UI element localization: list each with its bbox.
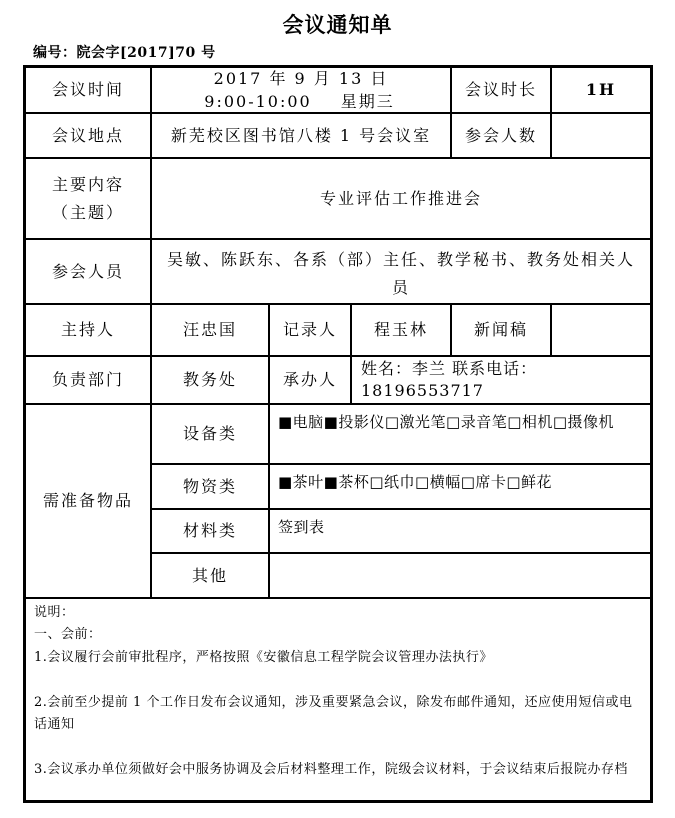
notes-spacer-1	[34, 669, 642, 691]
location-label: 会议地点	[25, 113, 151, 158]
topic-label-line2: （主题）	[52, 199, 124, 227]
press-draft-label: 新闻稿	[451, 304, 551, 356]
supplies-documents-content: 签到表	[269, 509, 651, 553]
organizer-info: 姓名：李兰 联系电话：18196553717	[351, 356, 651, 404]
notes-spacer-2	[34, 736, 642, 758]
press-draft-value	[551, 304, 651, 356]
notes-section: 说明： 一、会前： 1.会议履行会前审批程序，严格按照《安徽信息工程学院会议管理…	[25, 598, 651, 801]
topic-label: 主要内容 （主题）	[25, 158, 151, 239]
host-name: 汪忠国	[151, 304, 269, 356]
location-value: 新芜校区图书馆八楼 1 号会议室	[151, 113, 451, 158]
notes-item-3: 3.会议承办单位须做好会中服务协调及会后材料整理工作，院级会议材料，于会议结束后…	[34, 759, 642, 781]
supplies-category-materials: 物资类	[151, 464, 269, 509]
meeting-time-value: 2017 年 9 月 13 日 9:00-10:00星期三	[151, 67, 451, 113]
host-label: 主持人	[25, 304, 151, 356]
duration-value: 1H	[551, 67, 651, 113]
meeting-notice-page: 会议通知单 编号：院会字[2017]70 号 会议时间 2017 年 9 月 1…	[0, 0, 675, 818]
meeting-weekday: 星期三	[338, 92, 398, 113]
supplies-materials-checklist: ■茶叶■茶杯□纸巾□横幅□席卡□鲜花	[269, 464, 651, 509]
page-title: 会议通知单	[0, 0, 675, 37]
supplies-label: 需准备物品	[25, 404, 151, 598]
attendees-label: 参会人员	[25, 239, 151, 304]
attendee-count-value	[551, 113, 651, 158]
recorder-name: 程玉林	[351, 304, 451, 356]
meeting-time-label: 会议时间	[25, 67, 151, 113]
meeting-notice-table: 会议时间 2017 年 9 月 13 日 9:00-10:00星期三 会议时长 …	[23, 65, 653, 803]
attendees-value: 吴敏、陈跃东、各系（部）主任、教学秘书、教务处相关人员	[151, 239, 651, 304]
supplies-category-equipment: 设备类	[151, 404, 269, 464]
meeting-date-line: 2017 年 9 月 13 日	[214, 67, 389, 90]
supplies-category-other: 其他	[151, 553, 269, 598]
topic-value: 专业评估工作推进会	[151, 158, 651, 239]
supplies-other-content	[269, 553, 651, 598]
notes-item-1: 1.会议履行会前审批程序，严格按照《安徽信息工程学院会议管理办法执行》	[34, 647, 642, 669]
meeting-time-line: 9:00-10:00星期三	[204, 90, 397, 113]
meeting-time-range: 9:00-10:00	[204, 92, 311, 111]
notes-heading: 说明：	[34, 602, 642, 624]
supplies-category-documents: 材料类	[151, 509, 269, 553]
notes-subheading: 一、会前：	[34, 624, 642, 646]
doc-number: 编号：院会字[2017]70 号	[33, 42, 675, 60]
topic-label-line1: 主要内容	[52, 171, 124, 199]
organizer-label: 承办人	[269, 356, 351, 404]
notes-item-2: 2.会前至少提前 1 个工作日发布会议通知，涉及重要紧急会议，除发布邮件通知，还…	[34, 692, 642, 737]
department-label: 负责部门	[25, 356, 151, 404]
duration-label: 会议时长	[451, 67, 551, 113]
recorder-label: 记录人	[269, 304, 351, 356]
department-name: 教务处	[151, 356, 269, 404]
attendee-count-label: 参会人数	[451, 113, 551, 158]
supplies-equipment-checklist: ■电脑■投影仪□激光笔□录音笔□相机□摄像机	[269, 404, 651, 464]
